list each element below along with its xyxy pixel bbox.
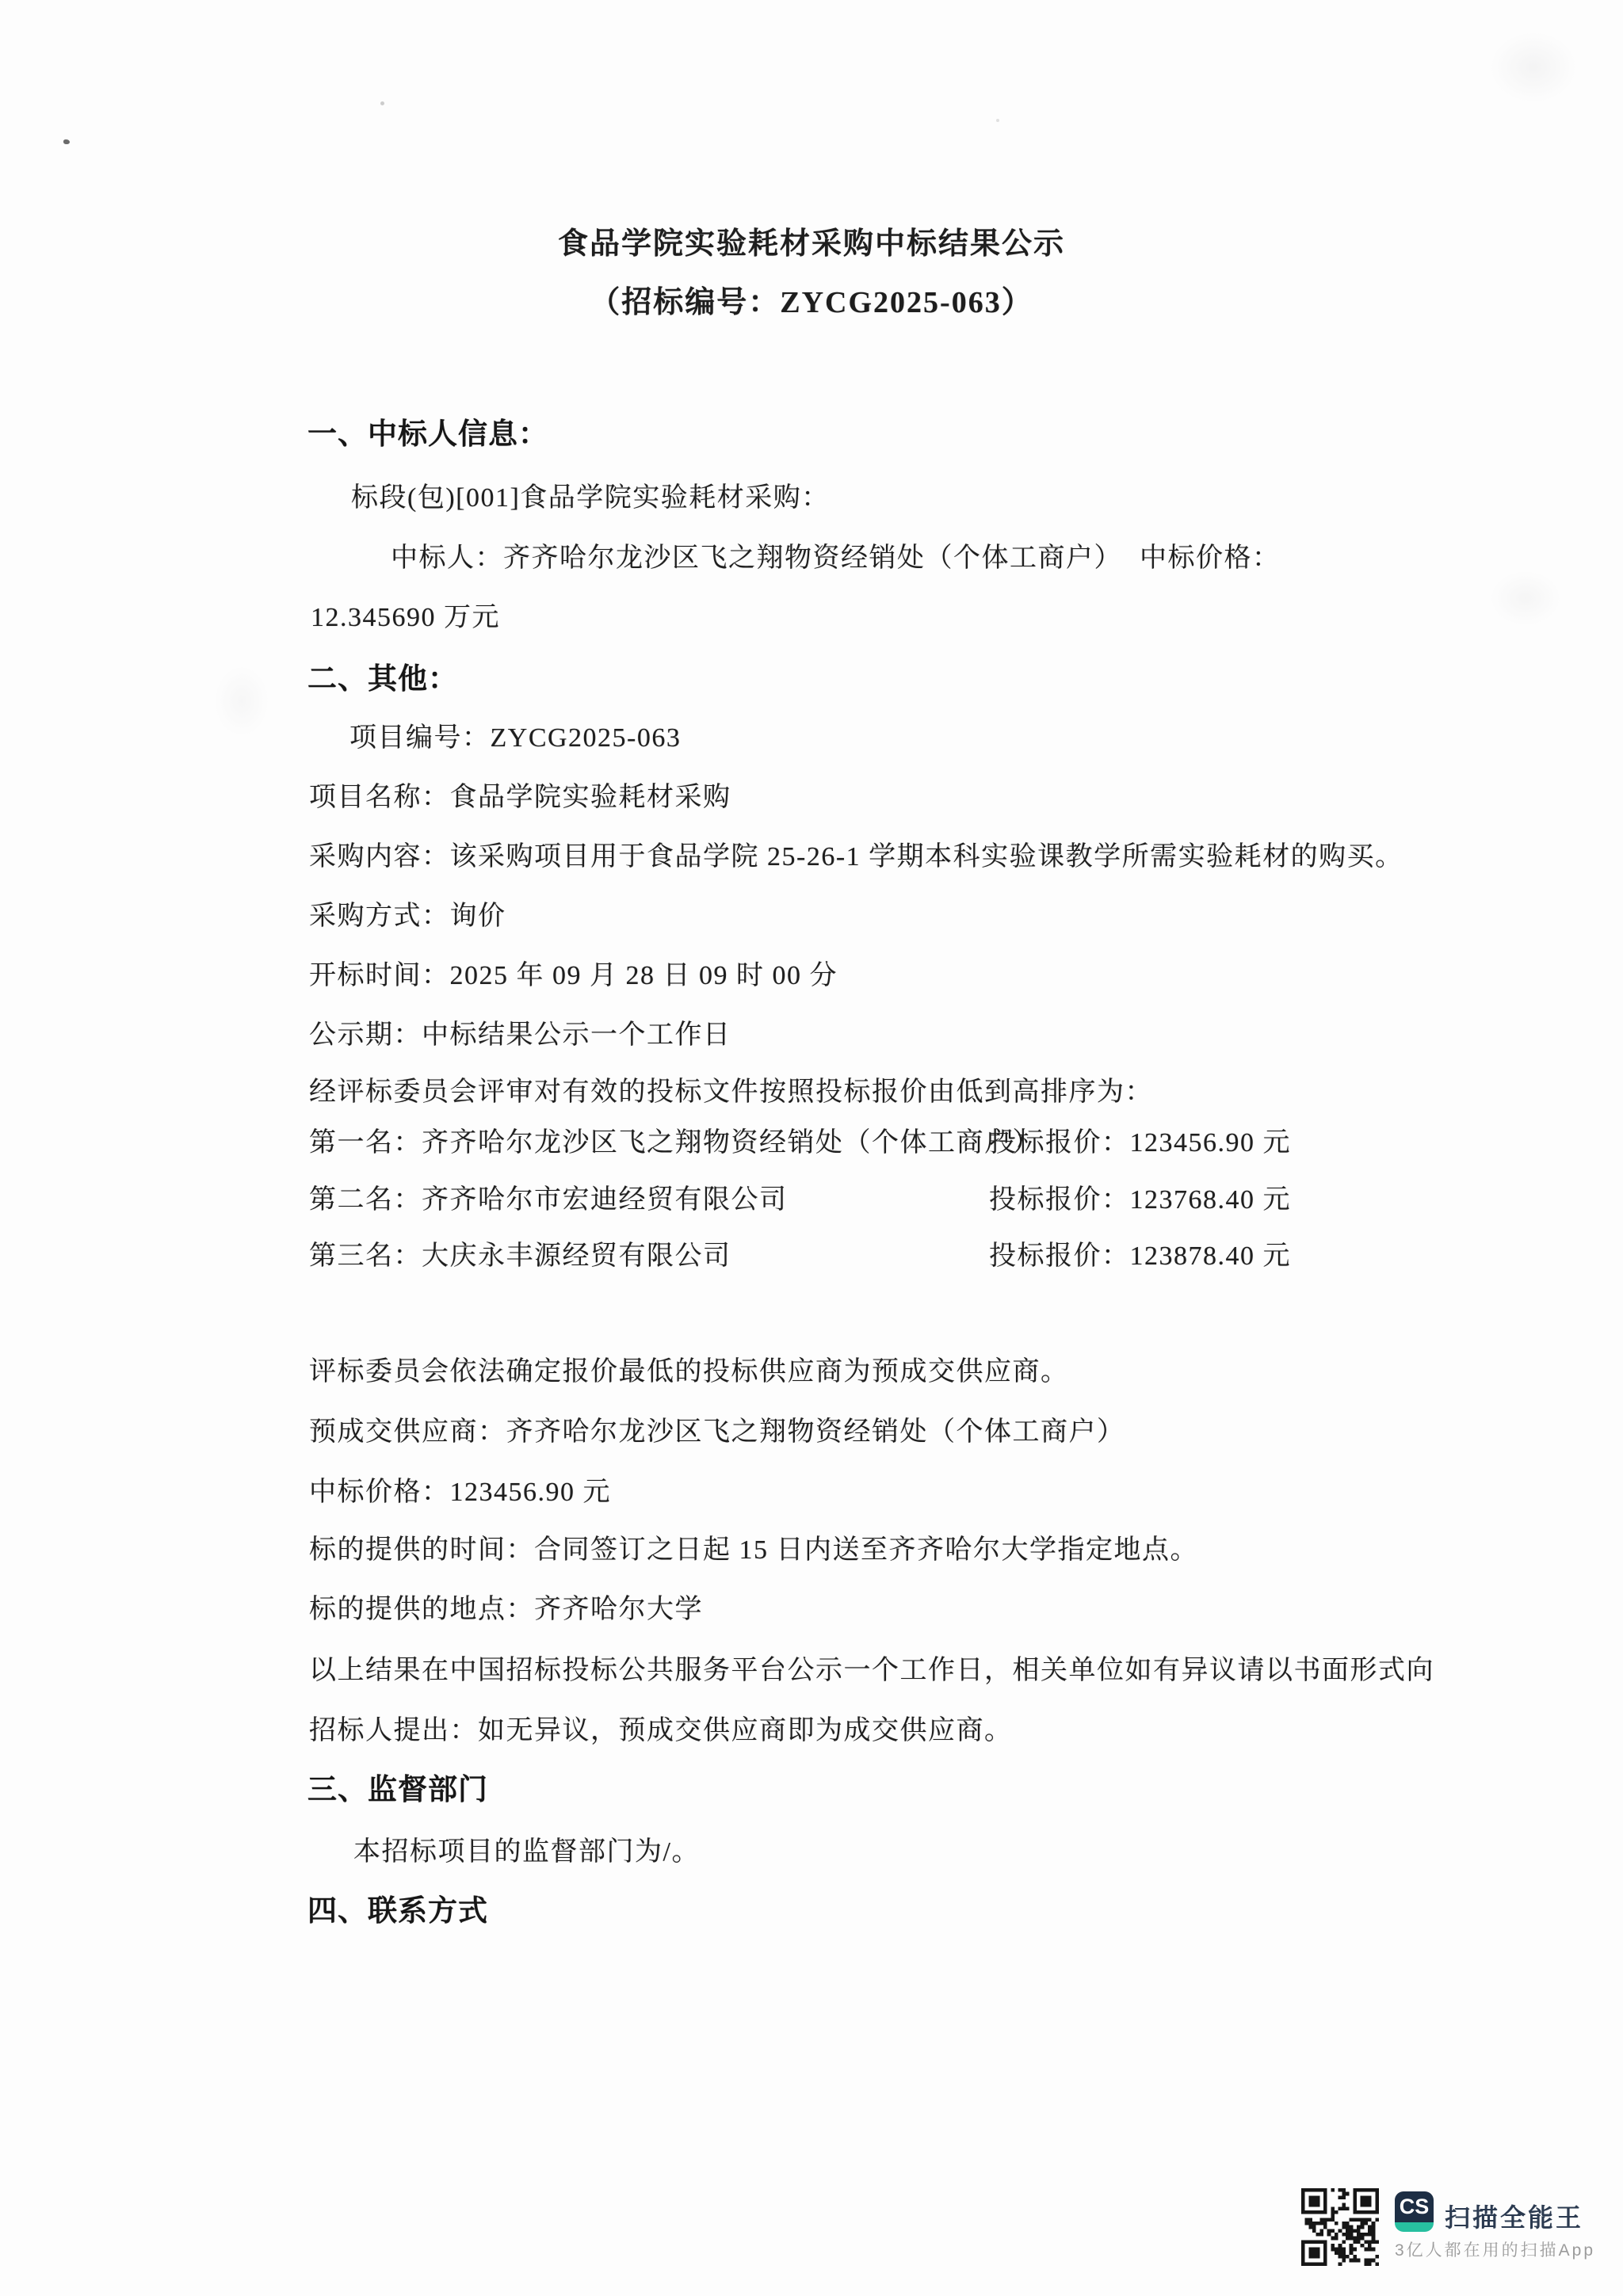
ranking-row-1: 第一名：齐齐哈尔龙沙区飞之翔物资经销处（个体工商户） 投标报价：123456.9… (309, 1120, 1041, 1159)
win-price-line: 中标价格：123456.90 元 (309, 1470, 611, 1508)
ranking-name: 第二名：齐齐哈尔市宏迪经贸有限公司 (309, 1185, 788, 1215)
scan-smudge (1490, 32, 1577, 103)
section2-heading: 二、其他： (307, 654, 458, 697)
delivery-time-line: 标的提供的时间：合同签订之日起 15 日内送至齐齐哈尔大学指定地点。 (309, 1527, 1198, 1566)
camscanner-app-name: 扫描全能王 (1445, 2198, 1583, 2234)
scan-speck (380, 101, 384, 105)
winner-line: 中标人：齐齐哈尔龙沙区飞之翔物资经销处（个体工商户） 中标价格： (391, 536, 1122, 574)
document-subtitle: （招标编号：ZYCG2025-063） (0, 277, 1623, 321)
camscanner-tagline: 3亿人都在用的扫描App (1395, 2237, 1595, 2261)
section3-heading: 三、监督部门 (307, 1765, 488, 1808)
delivery-place-line: 标的提供的地点：齐齐哈尔大学 (309, 1587, 703, 1626)
determination-line: 评标委员会依法确定报价最低的投标供应商为预成交供应商。 (309, 1349, 1069, 1388)
content-line: 采购内容：该采购项目用于食品学院 25-26-1 学期本科实验课教学所需实验耗材… (309, 834, 1403, 873)
method-line: 采购方式：询价 (309, 894, 506, 933)
notice-line-1: 以上结果在中国招标投标公共服务平台公示一个工作日，相关单位如有异议请以书面形式向 (309, 1648, 1434, 1687)
scan-speck (996, 119, 999, 122)
lot-line: 标段(包)[001]食品学院实验耗材采购： (351, 475, 830, 514)
scan-smudge (214, 666, 269, 737)
camscanner-app-icon: CS (1395, 2191, 1434, 2232)
notice-line-2: 招标人提出：如无异议，预成交供应商即为成交供应商。 (309, 1708, 1013, 1747)
project-name-line: 项目名称：食品学院实验耗材采购 (309, 775, 731, 814)
ranking-price: 投标报价：123768.40 元 (989, 1177, 1291, 1216)
scan-speck (63, 139, 70, 144)
ranking-row-2: 第二名：齐齐哈尔市宏迪经贸有限公司 投标报价：123768.40 元 (309, 1177, 788, 1216)
ranking-name: 第一名：齐齐哈尔龙沙区飞之翔物资经销处（个体工商户） (309, 1128, 1041, 1158)
scan-smudge (1490, 570, 1561, 626)
ranking-price: 投标报价：123878.40 元 (989, 1234, 1291, 1272)
winner-price-caption: 中标价格： (1140, 536, 1281, 574)
supervision-line: 本招标项目的监督部门为/。 (353, 1829, 700, 1868)
section1-heading: 一、中标人信息： (307, 410, 548, 452)
publicity-line: 公示期：中标结果公示一个工作日 (309, 1013, 731, 1051)
pre-winner-line: 预成交供应商：齐齐哈尔龙沙区飞之翔物资经销处（个体工商户） (309, 1409, 1125, 1448)
scanned-document-page: 食品学院实验耗材采购中标结果公示 （招标编号：ZYCG2025-063） 一、中… (0, 0, 1623, 2296)
ranking-price: 投标报价：123456.90 元 (989, 1120, 1291, 1159)
ranking-intro-line: 经评标委员会评审对有效的投标文件按照投标报价由低到高排序为： (309, 1070, 1153, 1108)
open-time-line: 开标时间：2025 年 09 月 28 日 09 时 00 分 (309, 953, 838, 992)
winner-price-value: 12.345690 万元 (311, 595, 500, 634)
camscanner-watermark: CS 扫描全能王 3亿人都在用的扫描App (1301, 2185, 1602, 2280)
section4-heading: 四、联系方式 (307, 1886, 488, 1929)
ranking-row-3: 第三名：大庆永丰源经贸有限公司 投标报价：123878.40 元 (309, 1234, 731, 1272)
camscanner-badge-letters: CS (1395, 2191, 1434, 2222)
project-no-line: 项目编号：ZYCG2025-063 (349, 715, 681, 754)
winner-name: 中标人：齐齐哈尔龙沙区飞之翔物资经销处（个体工商户） (391, 543, 1122, 573)
qr-code-icon (1301, 2188, 1379, 2266)
ranking-name: 第三名：大庆永丰源经贸有限公司 (309, 1241, 731, 1271)
document-title: 食品学院实验耗材采购中标结果公示 (0, 219, 1623, 262)
